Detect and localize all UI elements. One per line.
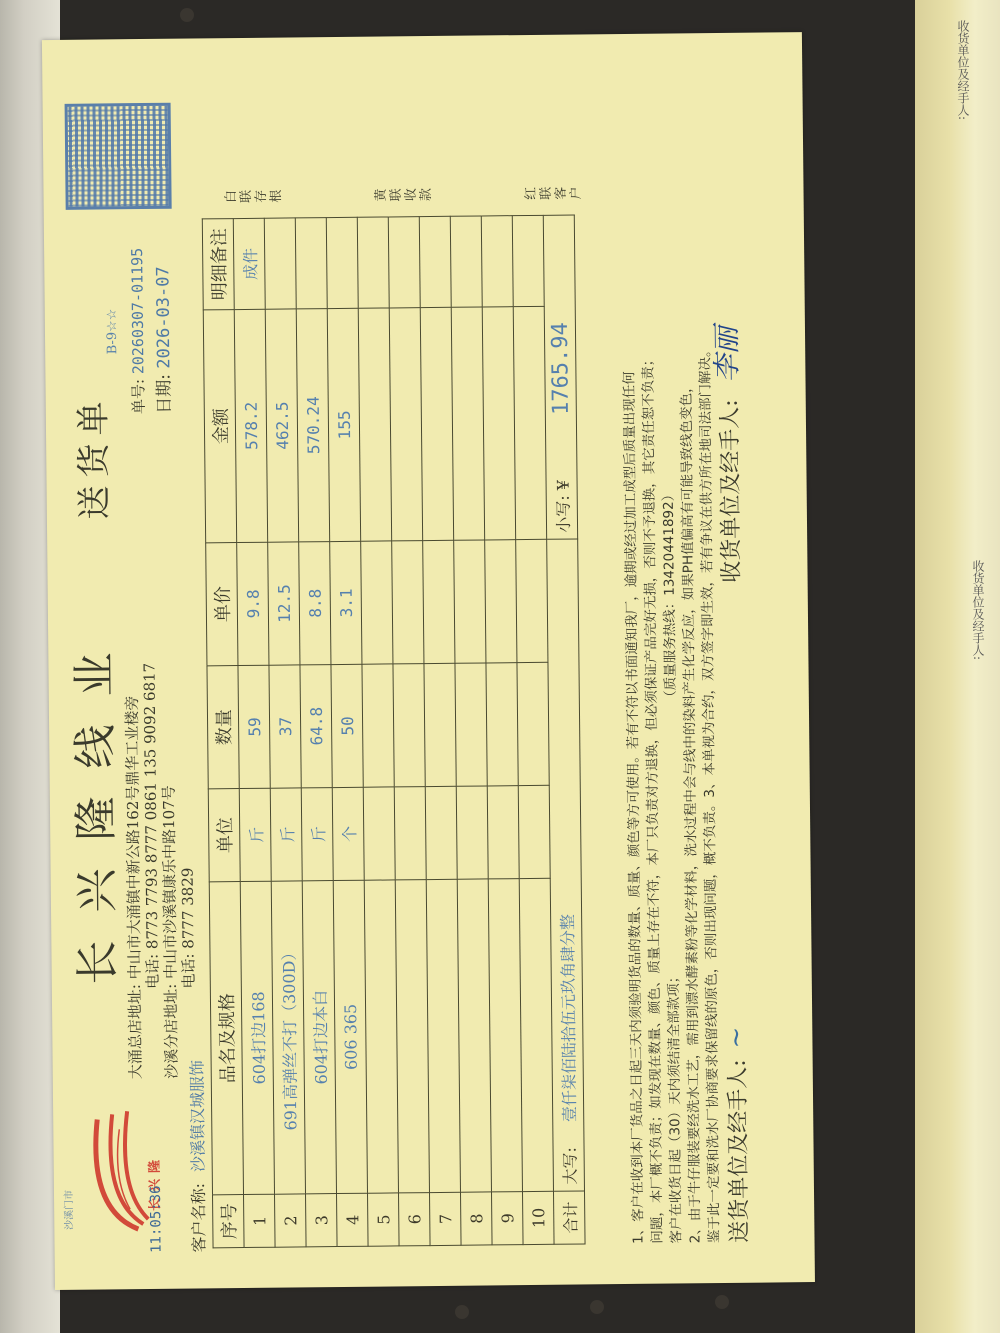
total-upper: 大写: 壹仟柒佰陆拾伍元玖角肆分整: [547, 539, 585, 1191]
col-header-name: 品名及规格: [209, 882, 243, 1195]
receiver-signature: 李丽: [710, 326, 744, 382]
receiver-signature-block: 收货单位及经手人: 李丽: [705, 326, 748, 583]
cell-qty: 50: [331, 664, 363, 787]
cell-price: 3.1: [330, 541, 362, 664]
cell-name: 604打边本白: [302, 881, 336, 1194]
order-date: 日期: 2026-03-07: [148, 266, 175, 414]
customer: 客户名称: 沙溪镇汉城服饰: [185, 1060, 210, 1253]
tractor-hole: [455, 1305, 469, 1319]
cell-note: [419, 216, 451, 307]
col-header-note: 明细备注: [202, 219, 234, 310]
cell-unit: [425, 786, 457, 879]
cell-name: 604打边168: [240, 881, 274, 1194]
cell-price: [485, 540, 517, 663]
cell-price: 9.8: [237, 542, 269, 665]
total-label: 合计: [553, 1191, 585, 1244]
company-name: 长兴隆线业: [58, 624, 126, 985]
branch-address-label: 沙溪分店地址:: [162, 984, 181, 1079]
cell-price: [392, 541, 424, 664]
cell-name: 691高弹丝不打（300D）: [271, 881, 305, 1194]
cell-qty: [424, 663, 456, 786]
cell-unit: [394, 787, 426, 880]
cell-no: 10: [522, 1191, 554, 1244]
hq-address-label: 大涌总店地址:: [126, 984, 145, 1079]
cell-note: [357, 217, 389, 308]
customer-name: 沙溪镇汉城服饰: [188, 1060, 208, 1172]
cell-note: [326, 217, 358, 308]
total-lower-value: 1765.94: [547, 322, 573, 415]
cell-amount: [389, 308, 422, 541]
paper-stack-right: 收货单位及经手人: 收货单位及经手人:: [915, 0, 1000, 1333]
cell-amount: 462.5: [265, 309, 298, 542]
cell-price: [516, 539, 548, 662]
cell-no: 7: [430, 1192, 462, 1245]
cell-unit: [518, 785, 550, 878]
cell-note: [264, 218, 296, 309]
cell-qty: [486, 663, 518, 786]
cell-no: 1: [244, 1194, 276, 1247]
cell-name: [519, 878, 553, 1191]
delivery-note: 沙溪门市 长兴隆 11:05:36 长兴隆线业 送货单 大涌总店地址: 中山市大…: [42, 32, 815, 1290]
cell-unit: 斤: [239, 788, 271, 881]
cell-unit: 斤: [301, 788, 333, 881]
branch-phone-label: 电话:: [179, 953, 197, 988]
cell-note: [481, 216, 513, 307]
cell-qty: [517, 662, 549, 785]
cell-qty: 37: [269, 665, 301, 788]
cell-qty: 64.8: [300, 665, 332, 788]
tractor-hole: [590, 1300, 604, 1314]
cell-no: 4: [337, 1193, 369, 1246]
cell-amount: 570.24: [296, 309, 329, 542]
cell-price: [423, 540, 455, 663]
sender-label: 送货单位及经手人:: [726, 1059, 753, 1243]
stack-label: 收货单位及经手人:: [955, 20, 972, 120]
cell-price: [454, 540, 486, 663]
cell-name: 606 365: [333, 880, 367, 1193]
cell-amount: [358, 308, 391, 541]
cell-no: 3: [306, 1194, 338, 1247]
tractor-hole: [715, 1295, 729, 1309]
col-header-qty: 数量: [207, 666, 239, 789]
items-table: 序号 品名及规格 单位 数量 单价 金额 明细备注 1 604打边168 斤 5…: [202, 214, 586, 1248]
cell-unit: [363, 787, 395, 880]
qr-code-icon: [65, 103, 172, 210]
sender-signature-block: 送货单位及经手人: ~: [720, 1026, 753, 1243]
cell-qty: 59: [238, 665, 270, 788]
cell-no: 9: [491, 1192, 523, 1245]
cell-qty: [362, 664, 394, 787]
cell-amount: [451, 307, 484, 540]
total-lower-label: 小写: ¥: [553, 480, 573, 533]
copy-label-white: 白联存根: [223, 189, 283, 209]
cell-amount: [513, 306, 546, 539]
receiver-label: 收货单位及经手人:: [718, 399, 745, 583]
cell-note: [388, 217, 420, 308]
cell-amount: [482, 307, 515, 540]
cell-no: 8: [460, 1192, 492, 1245]
cell-name: [457, 879, 491, 1192]
customer-label: 客户名称:: [189, 1183, 209, 1253]
cell-unit: [487, 786, 519, 879]
cell-name: [488, 879, 522, 1192]
col-header-price: 单价: [206, 543, 238, 666]
cell-note: 成件: [233, 218, 265, 309]
cell-unit: [456, 786, 488, 879]
cell-name: [426, 879, 460, 1192]
cell-amount: 578.2: [234, 309, 267, 542]
stack-label: 收货单位及经手人:: [970, 560, 987, 660]
cell-unit: 斤: [270, 788, 302, 881]
branch-phone-value: 8777 3829: [179, 868, 198, 949]
total-lower: 小写: ¥ 1765.94: [543, 215, 577, 539]
order-number: 单号: 20260307-01195: [126, 248, 149, 414]
cell-no: 2: [275, 1194, 307, 1247]
total-upper-value: 壹仟柒佰陆拾伍元玖角肆分整: [558, 914, 579, 1122]
copy-label-yellow: 黄联收款: [373, 187, 433, 207]
sender-signature: ~: [721, 1026, 751, 1048]
cell-price: 12.5: [268, 542, 300, 665]
logo-store-text: 沙溪门市: [60, 1190, 75, 1230]
col-header-amount: 金额: [203, 310, 236, 543]
terms-text: 1、客户在收到本厂货品之日起三天内须验明货品的数量、质量、颜色等方可使用。若有不…: [618, 163, 724, 1244]
order-number-label: 单号:: [129, 379, 147, 414]
cell-no: 6: [399, 1193, 431, 1246]
order-date-label: 日期:: [154, 374, 174, 414]
cell-unit: 个: [332, 787, 364, 880]
cell-price: [361, 541, 393, 664]
cell-name: [364, 880, 398, 1193]
cell-amount: 155: [327, 308, 360, 541]
cell-no: 5: [368, 1193, 400, 1246]
order-date-value: 2026-03-07: [153, 266, 174, 369]
tractor-hole: [180, 8, 194, 22]
batch-tag: B-9☆☆: [105, 308, 120, 354]
cell-name: [395, 880, 429, 1193]
cell-amount: [420, 307, 453, 540]
col-header-no: 序号: [213, 1195, 245, 1248]
order-number-value: 20260307-01195: [128, 248, 147, 375]
document-type: 送货单: [66, 393, 116, 520]
cell-note: [295, 218, 327, 309]
print-time: 11:05:36: [148, 1185, 165, 1253]
copy-label-red: 红联客户: [523, 185, 583, 205]
col-header-unit: 单位: [208, 789, 240, 882]
cell-price: 8.8: [299, 542, 331, 665]
cell-qty: [455, 663, 487, 786]
branch-phone: 电话: 8777 3829: [177, 868, 199, 989]
cell-qty: [393, 664, 425, 787]
cell-note: [450, 216, 482, 307]
total-upper-label: 大写:: [560, 1147, 579, 1185]
cell-note: [512, 215, 544, 306]
